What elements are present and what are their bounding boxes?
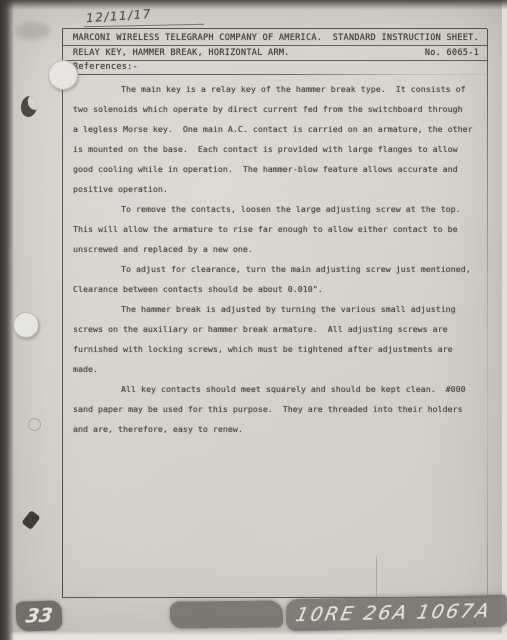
scan-edge-top (0, 0, 507, 10)
references-label: References:- (73, 62, 138, 72)
text-line: The main key is a relay key of the hamme… (73, 79, 479, 99)
sheet-number: No. 6065-1 (425, 48, 479, 58)
text-line: made. (73, 359, 479, 379)
page-number: 33 (24, 604, 54, 627)
punch-hole (13, 312, 39, 338)
inventory-stamp: 10RE 26A 1067A (286, 595, 507, 632)
header-row-references: References:- (63, 61, 487, 74)
inventory-number: 10RE 26A 1067A (294, 600, 494, 626)
text-line: This will allow the armature to rise far… (73, 219, 479, 239)
text-line: screws on the auxiliary or hammer break … (73, 319, 479, 339)
text-line: The hammer break is adjusted by turning … (73, 299, 479, 319)
scanned-document-page: { "scan": { "handwritten_date": "12/11/1… (0, 0, 507, 640)
sheet-type-title: STANDARD INSTRUCTION SHEET. (333, 33, 479, 43)
stamp-bar (170, 600, 283, 628)
text-line: sand paper may be used for this purpose.… (73, 399, 479, 419)
text-line: is mounted on the base. Each contact is … (73, 139, 479, 159)
paper-crease (376, 556, 377, 599)
header-row-2: RELAY KEY, HAMMER BREAK, HORIZONTAL ARM.… (63, 46, 487, 61)
text-line: To adjust for clearance, turn the main a… (73, 259, 479, 279)
text-line: two solenoids which operate by direct cu… (73, 99, 479, 119)
header-row-1: MARCONI WIRELESS TELEGRAPH COMPANY OF AM… (63, 29, 487, 46)
text-line: good cooling while in operation. The ham… (73, 159, 479, 179)
ink-smudge (16, 22, 50, 40)
text-line: unscrewed and replaced by a new one. (73, 239, 479, 259)
text-line: To remove the contacts, loosen the large… (73, 199, 479, 219)
company-name: MARCONI WIRELESS TELEGRAPH COMPANY OF AM… (73, 33, 322, 43)
text-line: Clearance between contacts should be abo… (73, 279, 479, 299)
scan-edge-bottom (0, 631, 507, 640)
text-line: and are, therefore, easy to renew. (73, 419, 479, 439)
ruled-page-frame: MARCONI WIRELESS TELEGRAPH COMPANY OF AM… (62, 28, 487, 598)
scan-edge-right (502, 0, 507, 640)
text-line: positive operation. (73, 179, 479, 199)
body-text: The main key is a relay key of the hamme… (63, 74, 487, 439)
ink-mark-ring (28, 418, 41, 431)
subject-line: RELAY KEY, HAMMER BREAK, HORIZONTAL ARM. (73, 48, 290, 58)
scan-edge-left (0, 0, 14, 640)
punch-hole (48, 60, 78, 90)
text-line: furnished with locking screws, which mus… (73, 339, 479, 359)
page-number-stamp: 33 (15, 600, 62, 632)
text-line: All key contacts should meet squarely an… (73, 379, 479, 399)
text-line: a legless Morse key. One main A.C. conta… (73, 119, 479, 139)
